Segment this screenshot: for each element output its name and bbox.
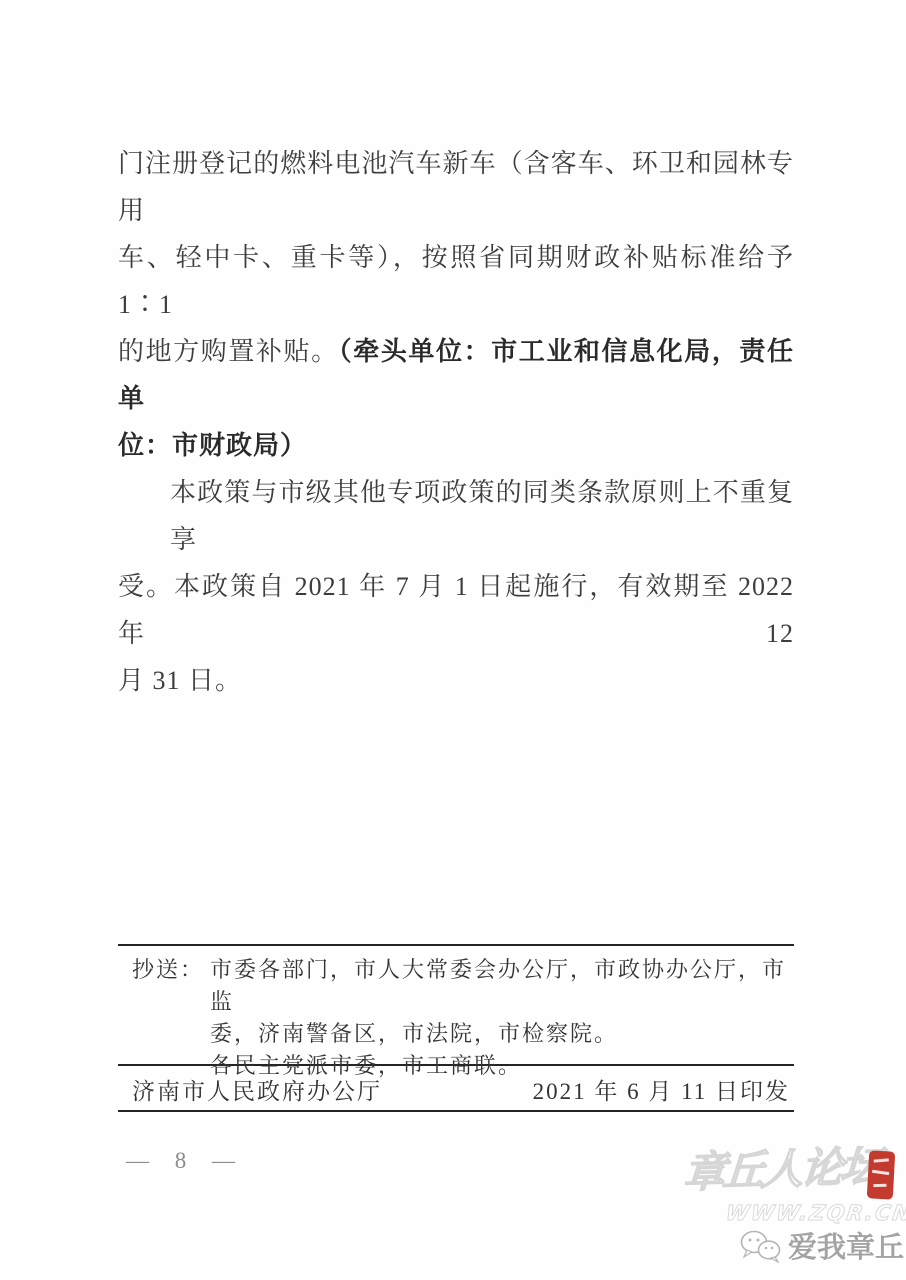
footer-rule-top [118, 944, 794, 946]
body-line: 车、轻中卡、重卡等），按照省同期财政补贴标准给予 1∶1 [118, 234, 794, 328]
body-line: 受。本政策自 2021 年 7 月 1 日起施行，有效期至 2022 年 12 [118, 563, 794, 657]
watermark-slogan: 爱我章丘 [788, 1225, 904, 1266]
print-date: 2021 年 6 月 11 日印发 [533, 1073, 790, 1106]
body-line: 月 31 日。 [118, 657, 794, 704]
footer-rule-bottom [118, 1110, 794, 1112]
cc-label: 抄送： [132, 954, 204, 986]
issuing-office: 济南市人民政府办公厅 [132, 1073, 382, 1106]
page-number: — 8 — [126, 1148, 237, 1174]
body-text-regular: 的地方购置补贴。 [118, 337, 339, 366]
issuer-row: 济南市人民政府办公厅 2021 年 6 月 11 日印发 [118, 1072, 794, 1106]
document-body: 门注册登记的燃料电池汽车新车（含客车、环卫和园林专用 车、轻中卡、重卡等），按照… [118, 140, 794, 704]
seal-mark [872, 1170, 889, 1175]
red-seal-stamp-icon [867, 1150, 895, 1199]
watermark-site-url: WWW.ZQR.CN [724, 1201, 906, 1225]
document-page: 门注册登记的燃料电池汽车新车（含客车、环卫和园林专用 车、轻中卡、重卡等），按照… [0, 0, 906, 1280]
wechat-bubbles-icon [740, 1229, 782, 1263]
seal-mark [874, 1158, 889, 1162]
cc-line: 委，济南警备区，市法院，市检察院。 [210, 1018, 788, 1050]
cc-content: 市委各部门，市人大常委会办公厅，市政协办公厅，市监 委，济南警备区，市法院，市检… [210, 954, 788, 1082]
seal-mark [873, 1184, 886, 1187]
cc-line: 市委各部门，市人大常委会办公厅，市政协办公厅，市监 [210, 954, 788, 1018]
body-line: 的地方购置补贴。（牵头单位：市工业和信息化局，责任单 [118, 328, 794, 422]
responsible-unit-bold-text: 位：市财政局） [118, 422, 794, 469]
watermark-slogan-row: 爱我章丘 [740, 1225, 904, 1266]
forum-watermark: 章丘人论坛 WWW.ZQR.CN [640, 1135, 906, 1280]
body-line: 门注册登记的燃料电池汽车新车（含客车、环卫和园林专用 [118, 140, 794, 234]
watermark-site-name: 章丘人论坛 [682, 1134, 872, 1200]
body-line: 本政策与市级其他专项政策的同类条款原则上不重复享 [118, 469, 794, 563]
